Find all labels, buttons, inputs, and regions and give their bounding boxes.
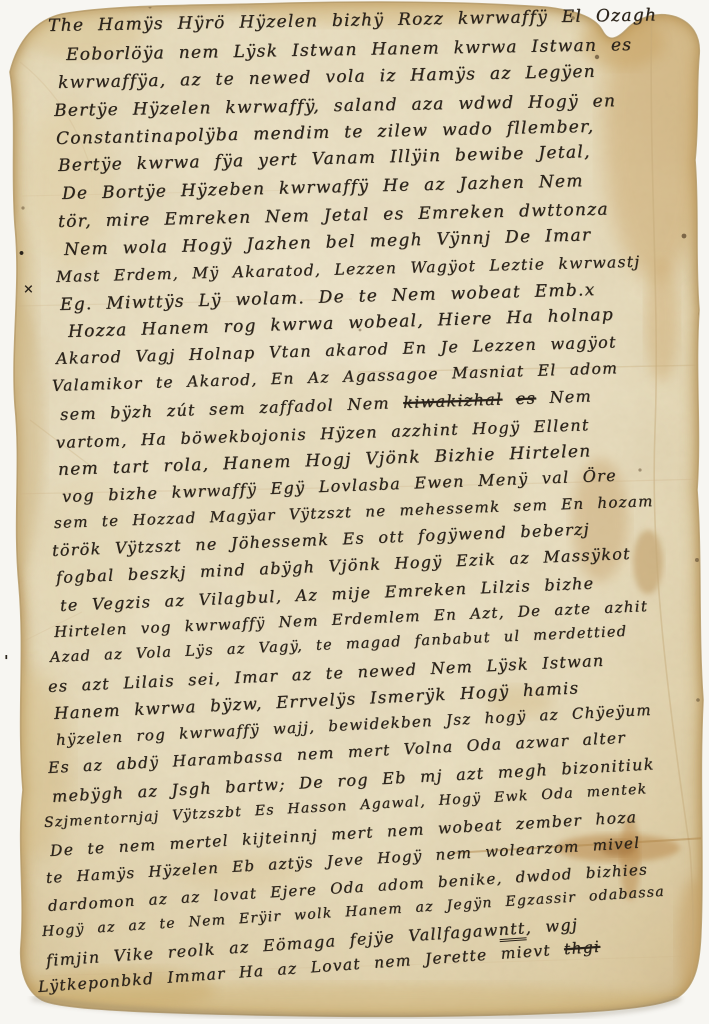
text-layer: The Hamÿs Hÿrö Hÿzelen bizhÿ Rozz kwrwaf… (0, 0, 709, 1024)
line-text: Bertÿe Hÿzelen kwrwaffÿ, saland aza wdwd… (54, 91, 616, 121)
manuscript-line-4: Bertÿe Hÿzelen kwrwaffÿ, saland aza wdwd… (54, 91, 616, 121)
manuscript-line-7: De Bortÿe Hÿzeben kwrwaffÿ He az Jazhen … (62, 171, 584, 204)
margin-mark-3: ' (4, 652, 9, 670)
margin-mark-1: • (18, 247, 25, 260)
manuscript-line-1: The Hamÿs Hÿrö Hÿzelen bizhÿ Rozz kwrwaf… (48, 5, 658, 36)
line-text: The Hamÿs Hÿrö Hÿzelen bizhÿ Rozz kwrwaf… (48, 5, 658, 36)
struck-text: kiwakizhal (403, 390, 503, 412)
struck-text: thgi (563, 938, 600, 959)
struck-text: es (515, 388, 536, 408)
line-text: sem bÿzh zút sem zaffadol Nem (60, 393, 404, 424)
line-text: , wgj (525, 915, 579, 938)
manuscript-line-2: Eoborlöÿa nem Lÿsk Istwan Hanem kwrwa Is… (66, 35, 633, 65)
manuscript-line-3: kwrwaffÿa, az te newed vola iz Hamÿs az … (58, 62, 596, 93)
line-text (502, 389, 516, 408)
line-text: Eoborlöÿa nem Lÿsk Istwan Hanem kwrwa Is… (66, 35, 633, 65)
line-text: kwrwaffÿa, az te newed vola iz Hamÿs az … (58, 62, 596, 93)
line-text: De Bortÿe Hÿzeben kwrwaffÿ He az Jazhen … (62, 171, 584, 204)
underlined-text: ntt (498, 918, 527, 942)
margin-mark-2: × (23, 282, 34, 297)
line-text: Nem wola Hogÿ Jazhen bel megh Vÿnnj De I… (64, 225, 592, 260)
document-photo: The Hamÿs Hÿrö Hÿzelen bizhÿ Rozz kwrwaf… (0, 0, 709, 1024)
manuscript-line-9: Nem wola Hogÿ Jazhen bel megh Vÿnnj De I… (64, 225, 592, 260)
line-text: Nem (536, 386, 593, 407)
